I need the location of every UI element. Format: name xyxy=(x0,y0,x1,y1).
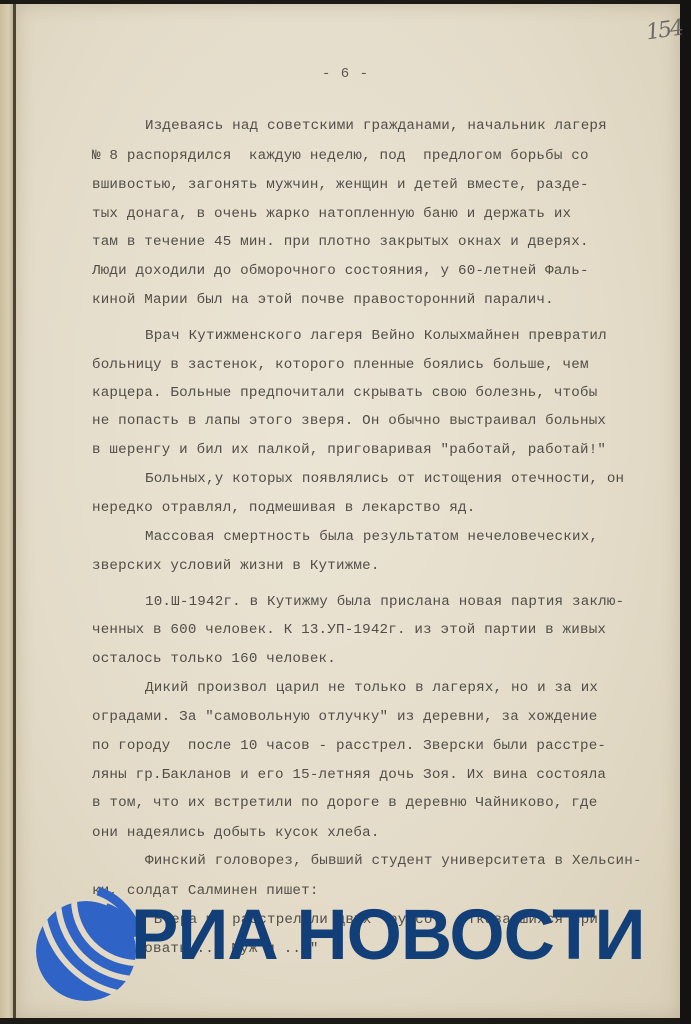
watermark-text: РИА НОВОСТИ xyxy=(131,900,645,971)
text-line: карцера. Больные предпочитали скрывать с… xyxy=(92,385,597,401)
text-line: Финский головорез, бывший студент универ… xyxy=(145,853,642,869)
text-line: вшивостью, загонять мужчин, женщин и дет… xyxy=(92,177,589,193)
text-line: Издеваясь над советскими гражданами, нач… xyxy=(145,118,607,134)
text-line: № 8 распорядился каждую неделю, под пред… xyxy=(92,148,589,164)
text-line: Врач Кутижменского лагеря Вейно Колыхмай… xyxy=(145,328,607,344)
text-line: Массовая смертность была результатом неч… xyxy=(145,529,598,545)
text-line: не попасть в лапы этого зверя. Он обычно… xyxy=(92,413,606,429)
text-line: там в течение 45 мин. при плотно закрыты… xyxy=(92,234,589,250)
text-line: нередко отравлял, подмешивая в лекарство… xyxy=(92,500,475,516)
text-line: осталось только 160 человек. xyxy=(92,651,336,667)
scanned-document: 154 - 6 - Издеваясь над советскими гражд… xyxy=(0,0,691,1024)
page-number: - 6 - xyxy=(0,66,691,82)
text-line: тых донага, в очень жарко натопленную ба… xyxy=(92,206,571,222)
text-line: Дикий произвол царил не только в лагерях… xyxy=(145,680,598,696)
text-line: зверских условий жизни в Кутижме. xyxy=(92,558,380,574)
text-line: ченных в 600 человек. К 13.УП-1942г. из … xyxy=(92,622,606,638)
text-line: Люди доходили до обморочного состояния, … xyxy=(92,263,589,279)
text-line: ляны гр.Бакланов и его 15-летняя дочь Зо… xyxy=(92,767,606,783)
text-line: оградами. За "самовольную отлучку" из де… xyxy=(92,709,597,725)
scan-border xyxy=(680,0,691,1024)
text-line: в шеренгу и бил их палкой, приговаривая … xyxy=(92,442,606,458)
text-line: 10.Ш-1942г. в Кутижму была прислана нова… xyxy=(145,594,624,610)
globe-logo-icon xyxy=(28,885,148,1005)
ria-novosti-watermark: РИА НОВОСТИ xyxy=(28,885,668,1005)
text-line: они надеялись добыть кусок хлеба. xyxy=(92,825,380,841)
text-line: в том, что их встретили по дороге в дере… xyxy=(92,795,597,811)
text-line: больницу в застенок, которого пленные бо… xyxy=(92,357,589,373)
text-line: киной Марии был на этой почве правосторо… xyxy=(92,292,554,308)
text-line: Больных,у которых появлялись от истощени… xyxy=(145,471,624,487)
back-sheet-edge xyxy=(0,4,14,1018)
text-line: по городу после 10 часов - расстрел. Зве… xyxy=(92,738,606,754)
handwritten-folio-number: 154 xyxy=(644,16,683,46)
